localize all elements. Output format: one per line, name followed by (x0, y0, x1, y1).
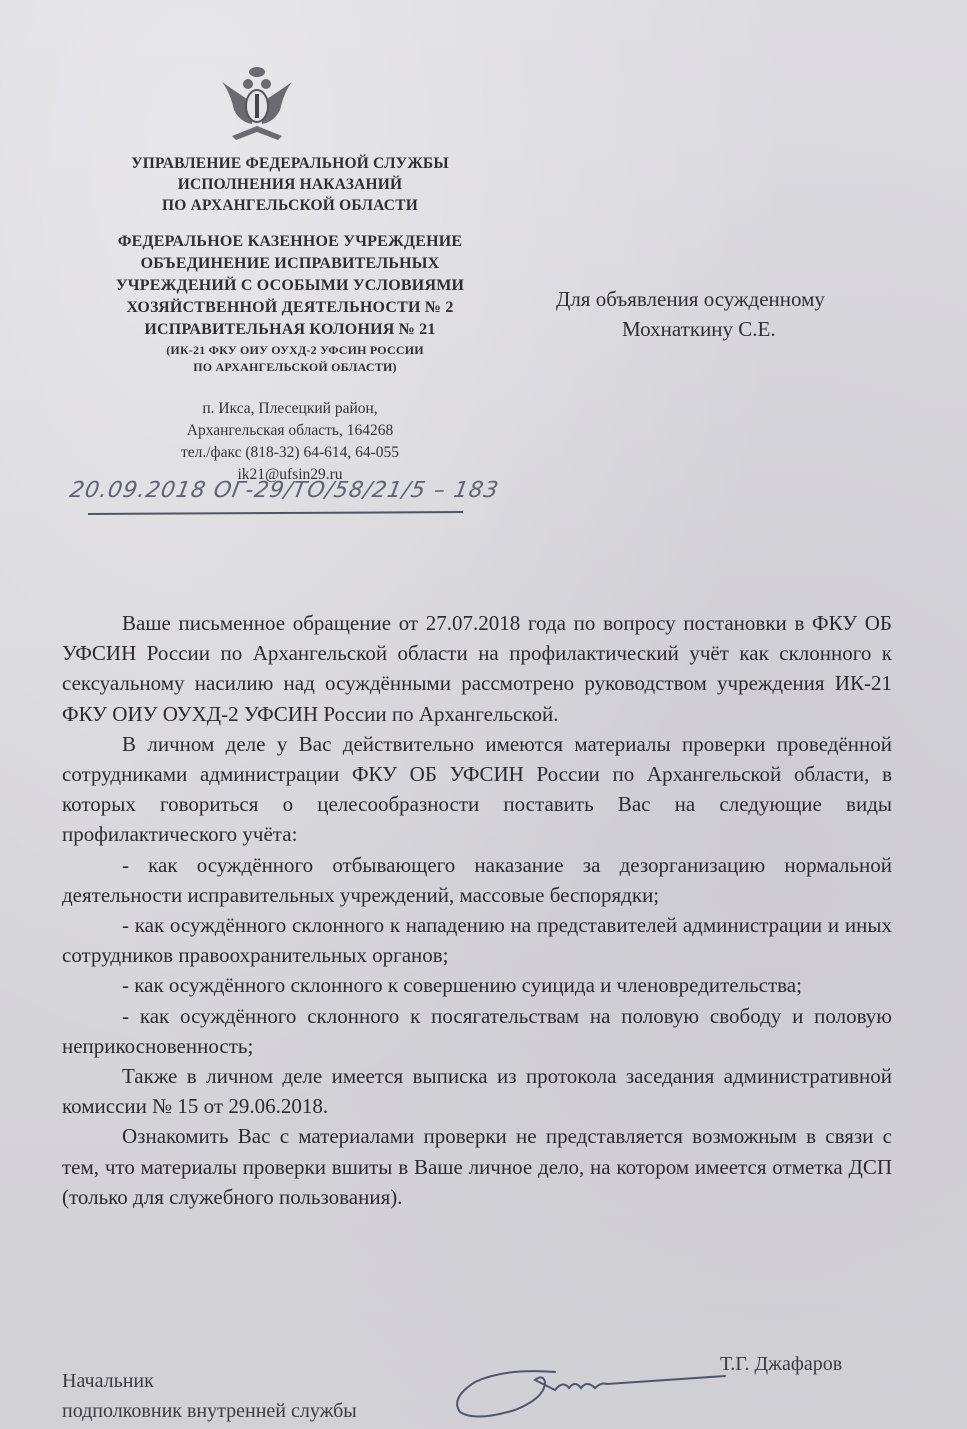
list-item: - как осуждённого склонного к нападению … (62, 910, 892, 970)
phone-fax-line: тел./факс (818-32) 64-614, 64-055 (60, 442, 520, 464)
institution-line: ФЕДЕРАЛЬНОЕ КАЗЕННОЕ УЧРЕЖДЕНИЕ (50, 231, 530, 253)
institution-name: ФЕДЕРАЛЬНОЕ КАЗЕННОЕ УЧРЕЖДЕНИЕ ОБЪЕДИНЕ… (50, 231, 530, 341)
signatory-rank: подполковник внутренней службы (62, 1396, 357, 1426)
body-paragraph: Также в личном деле имеется выписка из п… (62, 1061, 892, 1121)
signatory-title: Начальник (62, 1366, 357, 1396)
address-line: Архангельская область, 164268 (60, 420, 520, 442)
body-paragraph: Ваше письменное обращение от 27.07.2018 … (62, 608, 892, 729)
body-paragraph: В личном деле у Вас действительно имеютс… (62, 729, 892, 850)
list-item: - как осуждённого склонного к совершению… (62, 970, 892, 1000)
handwritten-signature-icon (445, 1360, 735, 1420)
institution-line: ОБЪЕДИНЕНИЕ ИСПРАВИТЕЛЬНЫХ (50, 253, 530, 275)
signatory-position: Начальник подполковник внутренней службы (62, 1366, 357, 1426)
agency-line: УПРАВЛЕНИЕ ФЕДЕРАЛЬНОЙ СЛУЖБЫ (60, 153, 520, 174)
body-paragraph: Ознакомить Вас с материалами проверки не… (62, 1121, 892, 1212)
institution-line: ИСПРАВИТЕЛЬНАЯ КОЛОНИЯ № 21 (50, 319, 530, 341)
addressee-purpose: Для объявления осужденному (556, 284, 825, 314)
reference-underline (88, 511, 463, 514)
agency-line: ИСПОЛНЕНИЯ НАКАЗАНИЙ (60, 174, 520, 195)
list-item: - как осуждённого склонного к посягатель… (62, 1001, 892, 1061)
institution-line: ХОЗЯЙСТВЕННОЙ ДЕЯТЕЛЬНОСТИ № 2 (50, 297, 530, 319)
agency-name: УПРАВЛЕНИЕ ФЕДЕРАЛЬНОЙ СЛУЖБЫ ИСПОЛНЕНИЯ… (60, 153, 520, 216)
handwritten-reference-number: 20.09.2018 ОГ-29/ТО/58/21/5 – 183 (68, 478, 501, 503)
institution-address: п. Икса, Плесецкий район, Архангельская … (60, 398, 520, 486)
list-item: - как осуждённого отбывающего наказание … (62, 850, 892, 910)
abbreviation-line: (ИК-21 ФКУ ОИУ ОУХД-2 УФСИН РОССИИ (60, 342, 530, 359)
agency-line: ПО АРХАНГЕЛЬСКОЙ ОБЛАСТИ (60, 195, 520, 216)
double-headed-eagle-emblem-icon (212, 62, 302, 152)
abbreviation-line: ПО АРХАНГЕЛЬСКОЙ ОБЛАСТИ) (60, 359, 530, 376)
addressee-name: Мохнаткину С.Е. (556, 314, 825, 344)
institution-line: УЧРЕЖДЕНИЙ С ОСОБЫМИ УСЛОВИЯМИ (50, 275, 530, 297)
address-line: п. Икса, Плесецкий район, (60, 398, 520, 420)
letter-body: Ваше письменное обращение от 27.07.2018 … (62, 608, 892, 1212)
institution-abbreviation: (ИК-21 ФКУ ОИУ ОУХД-2 УФСИН РОССИИ ПО АР… (60, 342, 530, 376)
addressee-block: Для объявления осужденному Мохнаткину С.… (556, 284, 825, 344)
letter-page: УПРАВЛЕНИЕ ФЕДЕРАЛЬНОЙ СЛУЖБЫ ИСПОЛНЕНИЯ… (0, 0, 967, 1429)
signatory-name: Т.Г. Джафаров (720, 1353, 842, 1376)
